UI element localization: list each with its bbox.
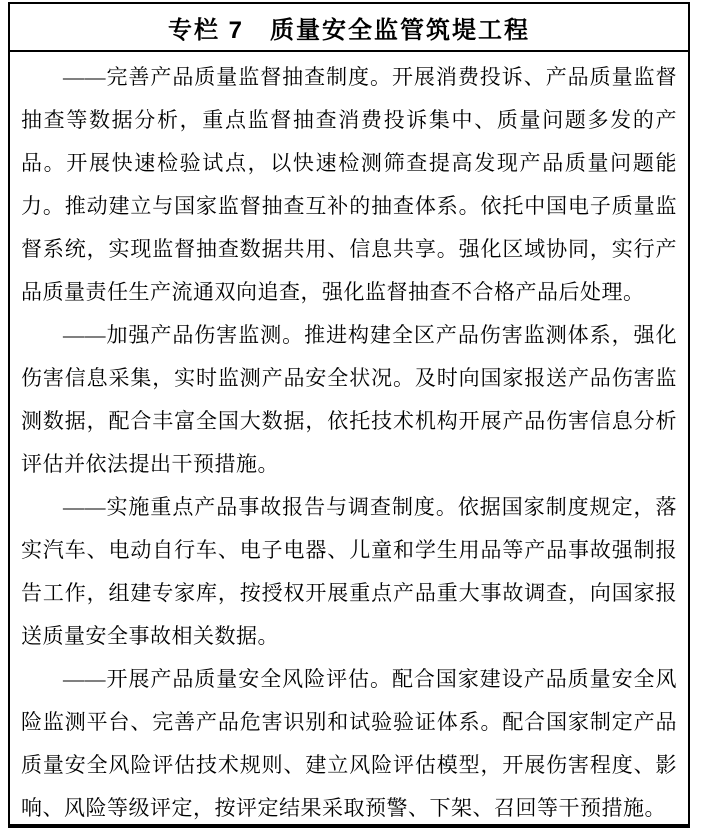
panel-title: 专栏 7 质量安全监管筑堤工程 [168, 10, 530, 45]
paragraph-supervision-sampling: ——完善产品质量监督抽查制度。开展消费投诉、产品质量监督抽查等数据分析，重点监督… [21, 56, 677, 314]
column-panel: 专栏 7 质量安全监管筑堤工程 ——完善产品质量监督抽查制度。开展消费投诉、产品… [8, 2, 690, 828]
document-page: 专栏 7 质量安全监管筑堤工程 ——完善产品质量监督抽查制度。开展消费投诉、产品… [0, 0, 701, 837]
panel-title-row: 专栏 7 质量安全监管筑堤工程 [10, 4, 688, 52]
paragraph-accident-reporting: ——实施重点产品事故报告与调查制度。依据国家制度规定，落实汽车、电动自行车、电子… [21, 486, 677, 658]
paragraph-risk-assessment: ——开展产品质量安全风险评估。配合国家建设产品质量安全风险监测平台、完善产品危害… [21, 658, 677, 830]
paragraph-injury-monitoring: ——加强产品伤害监测。推进构建全区产品伤害监测体系，强化伤害信息采集，实时监测产… [21, 314, 677, 486]
panel-body: ——完善产品质量监督抽查制度。开展消费投诉、产品质量监督抽查等数据分析，重点监督… [10, 52, 688, 830]
